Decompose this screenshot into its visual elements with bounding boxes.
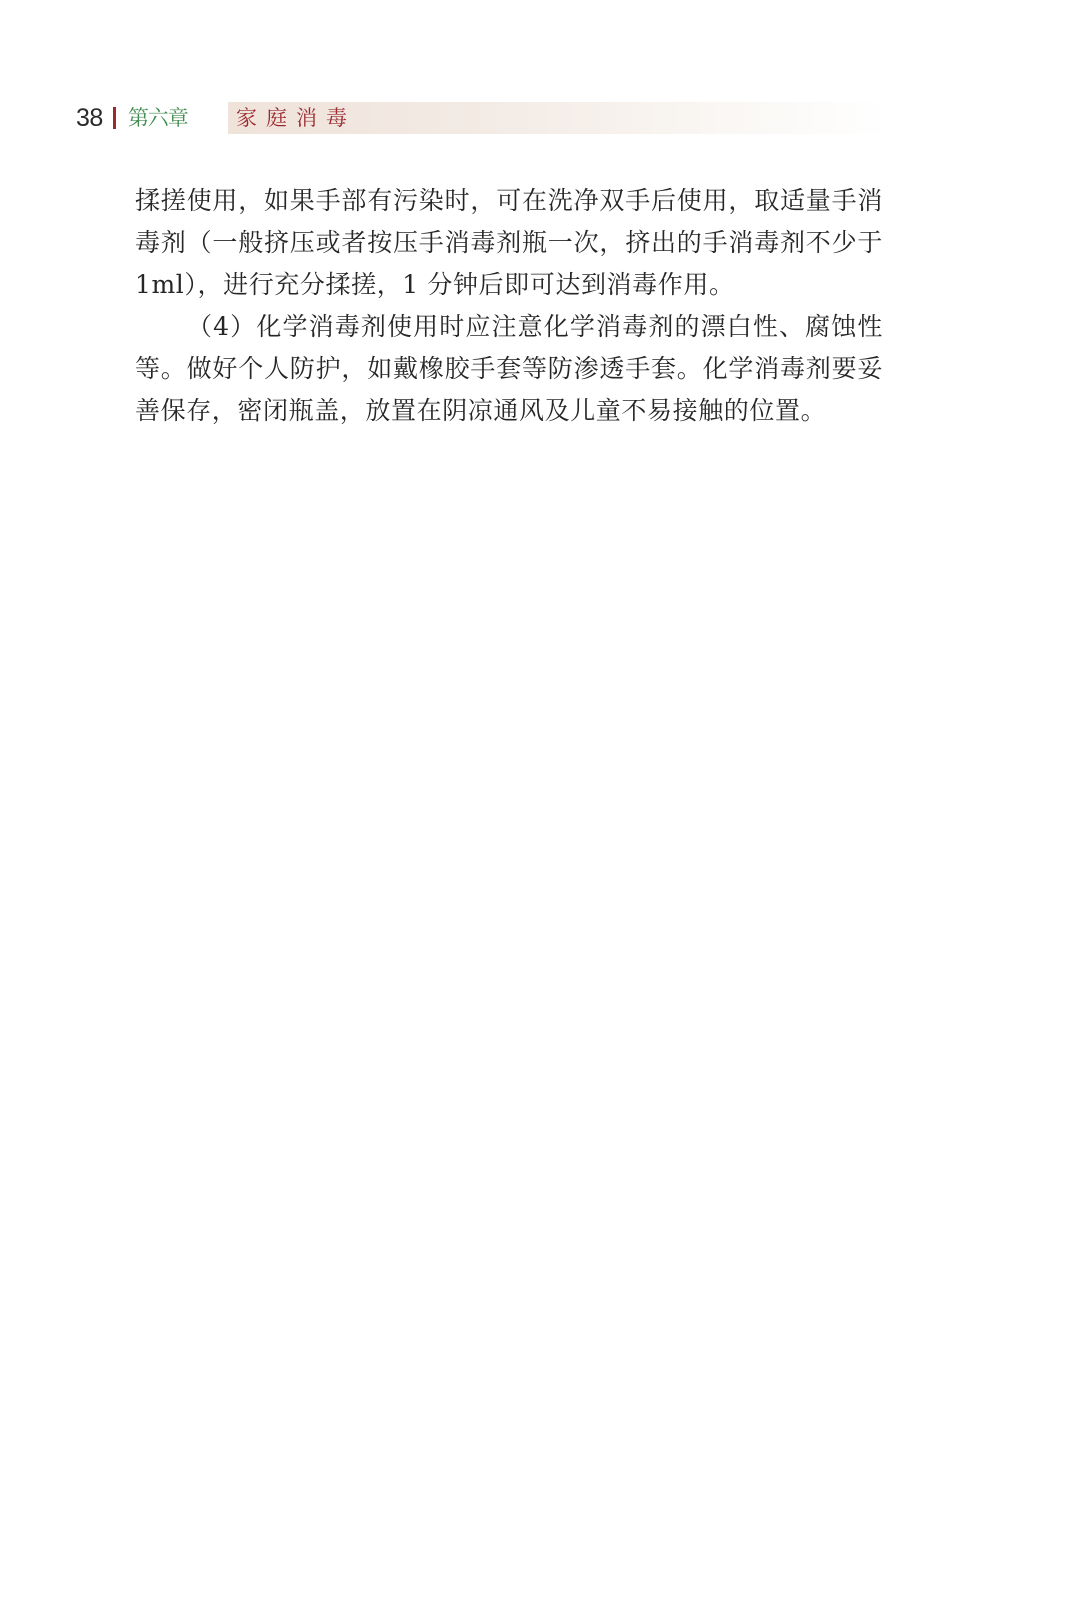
chapter-label: 第六章 [128,100,188,136]
header-divider [113,107,116,129]
page-number: 38 [76,100,103,136]
body-text: 揉搓使用，如果手部有污染时，可在洗净双手后使用，取适量手消毒剂（一般挤压或者按压… [135,180,883,432]
chapter-title: 家庭消毒 [236,102,356,134]
paragraph-item-4: （4）化学消毒剂使用时应注意化学消毒剂的漂白性、腐蚀性等。做好个人防护，如戴橡胶… [135,306,883,432]
running-header: 38 第六章 [76,100,188,136]
paragraph-continued: 揉搓使用，如果手部有污染时，可在洗净双手后使用，取适量手消毒剂（一般挤压或者按压… [135,180,883,306]
